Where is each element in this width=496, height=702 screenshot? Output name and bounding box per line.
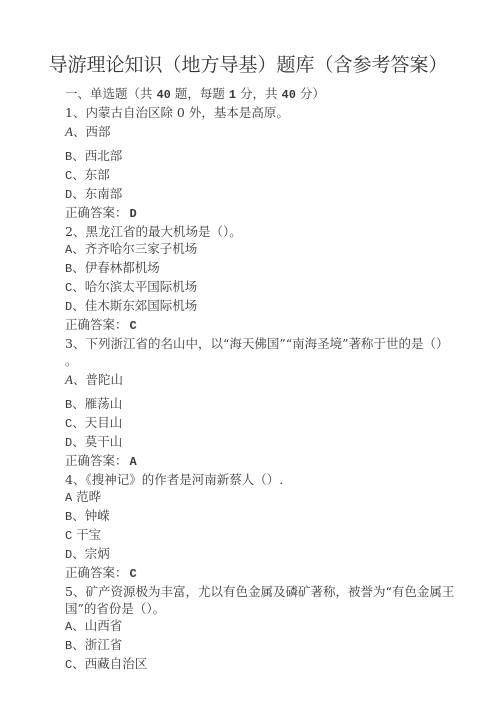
answer-value: C: [130, 567, 137, 581]
option-line: B、伊春林都机场: [65, 259, 496, 278]
question-block: 3、下列浙江省的名山中，以“海天佛国”“南海圣境”著称于世的是（）。A、普陀山B…: [65, 335, 496, 471]
answer-label: 正确答案：: [65, 453, 128, 468]
option-line: B、浙江省: [65, 636, 496, 655]
option-text: 、伊春林都机场: [72, 260, 160, 275]
document-title: 导游理论知识（地方导基）题库（含参考答案）: [0, 52, 496, 78]
question-text-line: 国”的省份是（）。: [65, 600, 496, 617]
option-text: 、西藏自治区: [72, 656, 147, 671]
question-block: 1、内蒙古自治区除 0 外，基本是高原。A、西部B、西北部C、东部D、东南部正确…: [65, 104, 496, 223]
heading-number: 40: [282, 88, 296, 102]
question-text-line: 。: [65, 352, 496, 369]
question-text-line: 4、《搜神记》的作者是河南新蔡人（）.: [65, 471, 496, 488]
option-text: 干宝: [72, 527, 101, 542]
option-letter: A: [65, 124, 73, 139]
heading-number: 1: [229, 88, 236, 102]
heading-text: 分，共: [236, 86, 281, 101]
option-line: C、天目山: [65, 414, 496, 433]
question-text-line: 1、内蒙古自治区除 0 外，基本是高原。: [65, 104, 496, 121]
option-text: 、宗炳: [72, 546, 110, 561]
answer-line: 正确答案：C: [65, 316, 496, 335]
answer-label: 正确答案：: [65, 317, 128, 332]
option-letter: A: [65, 372, 73, 387]
question-text-line: 5、矿产资源极为丰富，尤以有色金属及磷矿著称，被誉为“有色金属王: [65, 583, 496, 600]
option-line: C、哈尔滨太平国际机场: [65, 278, 496, 297]
question-block: 4、《搜神记》的作者是河南新蔡人（）.A 范晔B、钟嵘C 干宝D、宗炳正确答案：…: [65, 471, 496, 583]
option-text: 、雁荡山: [72, 396, 122, 411]
option-text: 、东部: [72, 167, 110, 182]
option-text: 、西北部: [72, 148, 122, 163]
option-line: B、西北部: [65, 147, 496, 166]
question-list: 1、内蒙古自治区除 0 外，基本是高原。A、西部B、西北部C、东部D、东南部正确…: [65, 104, 496, 674]
answer-label: 正确答案：: [65, 205, 128, 220]
option-text: 、莫干山: [72, 434, 122, 449]
question-text-line: 3、下列浙江省的名山中，以“海天佛国”“南海圣境”著称于世的是（）: [65, 335, 496, 352]
document-page: 导游理论知识（地方导基）题库（含参考答案） 一、单选题（共 40 题，每题 1 …: [0, 0, 496, 702]
option-text: 、哈尔滨太平国际机场: [72, 279, 197, 294]
option-line: B、雁荡山: [65, 395, 496, 414]
answer-value: A: [130, 455, 137, 469]
question-block: 5、矿产资源极为丰富，尤以有色金属及磷矿著称，被誉为“有色金属王国”的省份是（）…: [65, 583, 496, 674]
heading-text: 分）: [296, 86, 325, 101]
heading-number: 40: [156, 88, 170, 102]
option-line: A、西部: [65, 123, 496, 140]
option-line: C、西藏自治区: [65, 655, 496, 674]
option-line: C、东部: [65, 166, 496, 185]
option-line: D、宗炳: [65, 545, 496, 564]
heading-text: 题，每题: [171, 86, 229, 101]
document-body: 一、单选题（共 40 题，每题 1 分，共 40 分） 1、内蒙古自治区除 0 …: [65, 85, 496, 674]
question-text-line: 2、黑龙江省的最大机场是（）。: [65, 223, 496, 240]
answer-line: 正确答案：A: [65, 452, 496, 471]
question-block: 2、黑龙江省的最大机场是（）。A、齐齐哈尔三家子机场B、伊春林都机场C、哈尔滨太…: [65, 223, 496, 335]
option-line: A 范晔: [65, 488, 496, 507]
option-line: D、佳木斯东郊国际机场: [65, 297, 496, 316]
option-text: 、东南部: [72, 186, 122, 201]
option-text: 、浙江省: [72, 637, 122, 652]
answer-label: 正确答案：: [65, 565, 128, 580]
option-text: 、齐齐哈尔三家子机场: [72, 241, 197, 256]
option-text: 、钟嵘: [72, 508, 110, 523]
option-line: C 干宝: [65, 526, 496, 545]
option-text: 、佳木斯东郊国际机场: [72, 298, 197, 313]
answer-value: D: [130, 207, 137, 221]
option-line: B、钟嵘: [65, 507, 496, 526]
option-text: 、天目山: [72, 415, 122, 430]
option-text: 、普陀山: [73, 372, 123, 387]
answer-line: 正确答案：C: [65, 564, 496, 583]
option-text: 、西部: [73, 124, 111, 139]
option-line: A、山西省: [65, 617, 496, 636]
option-line: A、普陀山: [65, 371, 496, 388]
heading-text: 一、单选题（共: [65, 86, 156, 101]
section-heading: 一、单选题（共 40 题，每题 1 分，共 40 分）: [65, 85, 496, 104]
answer-value: C: [130, 319, 137, 333]
option-text: 、山西省: [72, 618, 122, 633]
answer-line: 正确答案：D: [65, 204, 496, 223]
option-text: 范晔: [72, 489, 101, 504]
option-line: D、东南部: [65, 185, 496, 204]
option-line: A、齐齐哈尔三家子机场: [65, 240, 496, 259]
option-line: D、莫干山: [65, 433, 496, 452]
